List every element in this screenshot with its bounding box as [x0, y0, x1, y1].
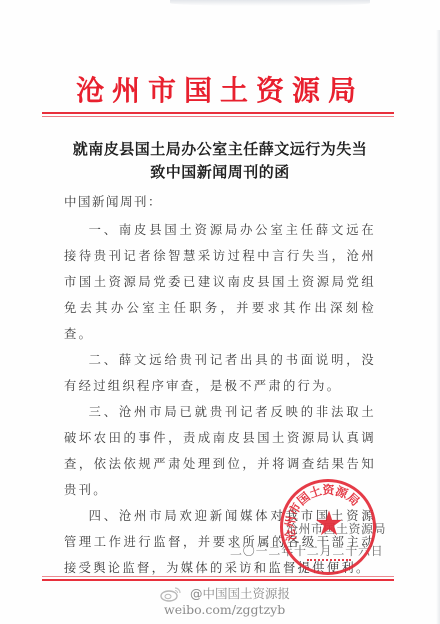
letterhead-title: 沧州市国土资源局 — [70, 74, 370, 108]
weibo-icon — [160, 586, 182, 602]
document-title: 就南皮县国土局办公室主任薛文远行为失当 致中国新闻周刊的函 — [40, 138, 400, 184]
scan-smudge — [170, 0, 370, 6]
footer-rule-thick — [42, 579, 394, 581]
seal-serial-number — [307, 556, 351, 561]
official-seal: 沧州市国土资源局 ★ — [280, 479, 376, 575]
salutation: 中国新闻周刊： — [64, 194, 162, 210]
footer-rule-thin — [42, 576, 394, 577]
weibo-url: weibo.com/zggtzyb — [164, 603, 285, 617]
letterhead-rule-thin — [42, 116, 394, 117]
star-icon: ★ — [313, 508, 345, 540]
document-title-line-2: 致中国新闻周刊的函 — [40, 161, 400, 184]
document-page: 沧州市国土资源局 就南皮县国土局办公室主任薛文远行为失当 致中国新闻周刊的函 中… — [0, 0, 440, 624]
page-edge-shadow — [436, 30, 440, 624]
paragraph-2: 二、薛文远给贵刊记者出具的书面说明，没有经过组织程序审查，是极不严肃的行为。 — [64, 347, 376, 399]
letterhead-rule-thick — [42, 112, 394, 114]
weibo-handle: @中国国土资源报 — [190, 587, 290, 601]
document-title-line-1: 就南皮县国土局办公室主任薛文远行为失当 — [40, 138, 400, 161]
paragraph-1: 一、南皮县国土资源局办公室主任薛文远在接待贵刊记者徐智慧采访过程中言行失当，沧州… — [64, 217, 376, 347]
